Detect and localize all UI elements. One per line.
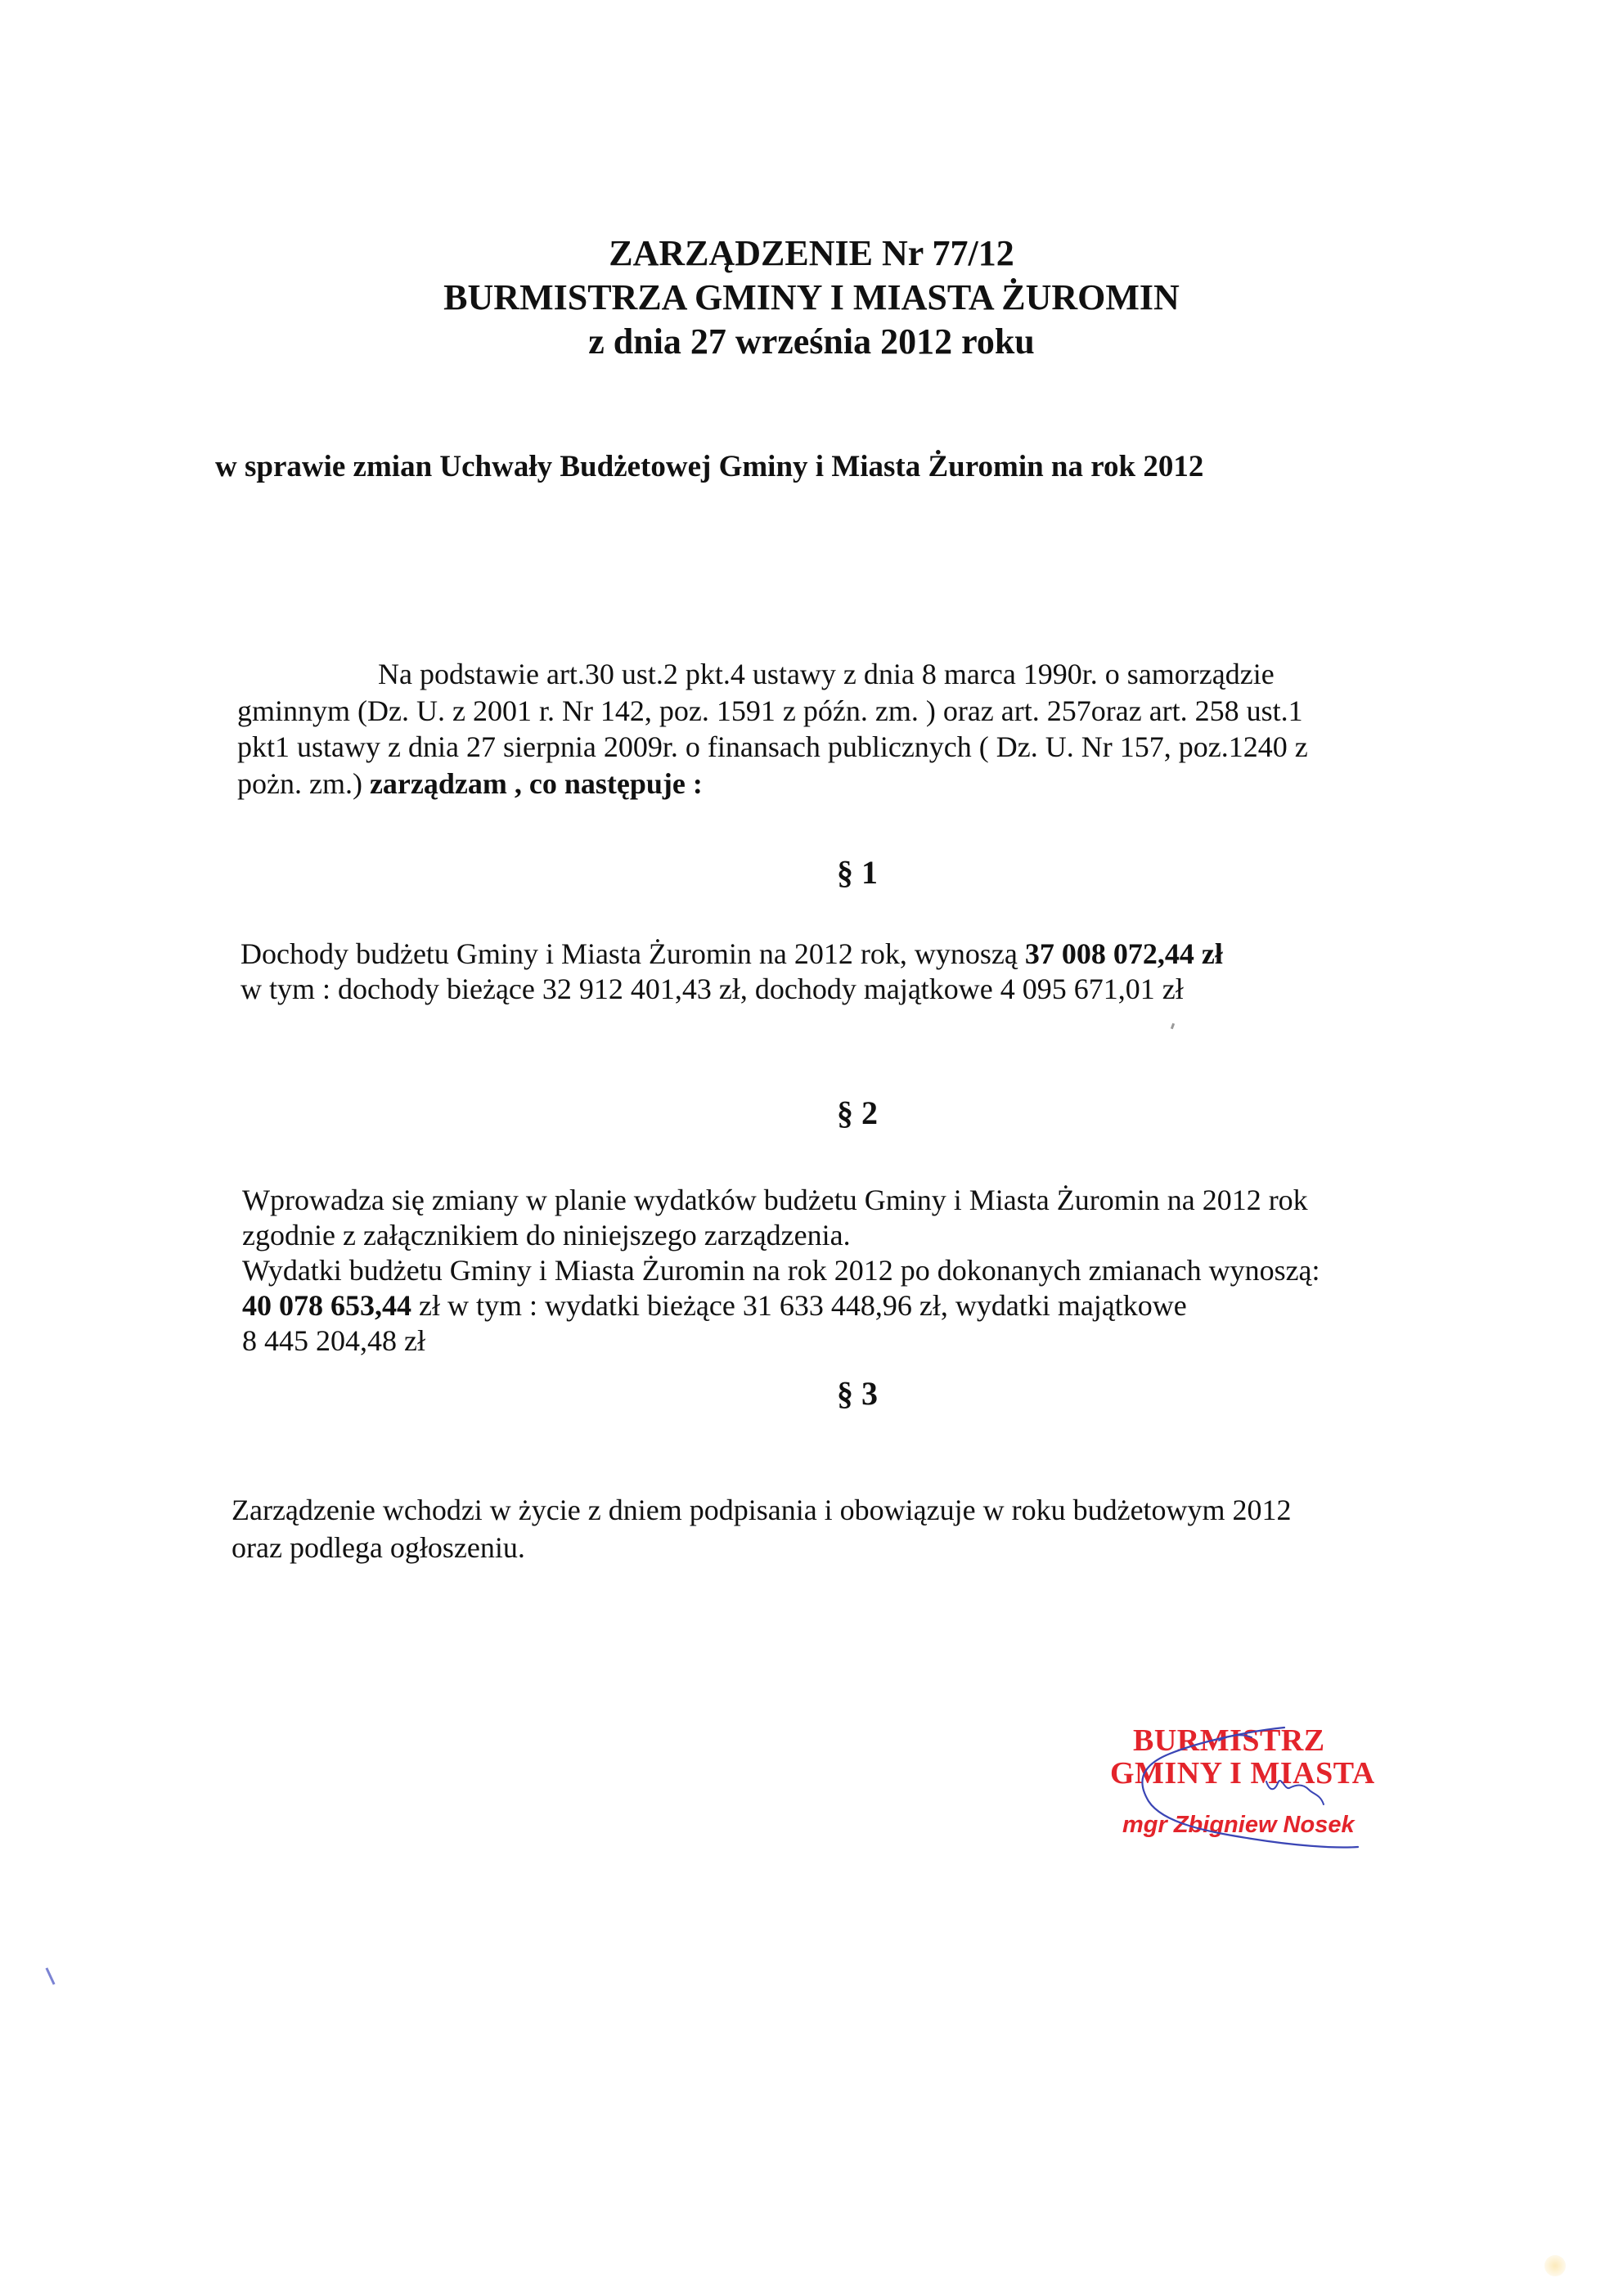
preamble-line: Na podstawie art.30 ust.2 pkt.4 ustawy z… — [237, 656, 1448, 693]
revenue-breakdown-line: w tym : dochody bieżące 32 912 401,43 zł… — [241, 972, 1223, 1007]
issuer-title: BURMISTRZA GMINY I MIASTA ŻUROMIN — [0, 276, 1623, 320]
section-2-line: Wydatki budżetu Gminy i Miasta Żuromin n… — [242, 1253, 1320, 1288]
document-subject: w sprawie zmian Uchwały Budżetowej Gminy… — [215, 448, 1203, 486]
stamp-title: BURMISTRZ — [1133, 1723, 1325, 1759]
legal-basis-paragraph: Na podstawie art.30 ust.2 pkt.4 ustawy z… — [237, 656, 1448, 802]
scan-artifact — [45, 1967, 55, 1984]
preamble-line: pkt1 ustawy z dnia 27 sierpnia 2009r. o … — [237, 729, 1448, 766]
order-number-title: ZARZĄDZENIE Nr 77/12 — [0, 231, 1623, 276]
official-stamp: BURMISTRZ GMINY I MIASTA mgr Zbigniew No… — [1088, 1710, 1415, 1865]
section-1-symbol: § 1 — [46, 853, 1623, 892]
issue-date: z dnia 27 września 2012 roku — [0, 320, 1623, 364]
section-3-body: Zarządzenie wchodzi w życie z dniem podp… — [232, 1491, 1292, 1566]
capital-expenditure-amount: 8 445 204,48 zł — [242, 1323, 1320, 1359]
expenditure-breakdown-text: zł w tym : wydatki bieżące 31 633 448,96… — [411, 1289, 1187, 1322]
expenditure-total-line: 40 078 653,44 zł w tym : wydatki bieżące… — [242, 1288, 1320, 1323]
document-page: ZARZĄDZENIE Nr 77/12 BURMISTRZA GMINY I … — [0, 0, 1623, 2296]
section-2-symbol: § 2 — [46, 1094, 1623, 1133]
section-2-line: Wprowadza się zmiany w planie wydatków b… — [242, 1183, 1320, 1218]
section-2-line: zgodnie z załącznikiem do niniejszego za… — [242, 1218, 1320, 1253]
revenue-total-amount: 37 008 072,44 zł — [1025, 937, 1223, 970]
preamble-line-text: pożn. zm.) — [237, 767, 370, 800]
revenue-text: Dochody budżetu Gminy i Miasta Żuromin n… — [241, 937, 1025, 970]
section-2-body: Wprowadza się zmiany w planie wydatków b… — [242, 1183, 1320, 1359]
scan-artifact — [1544, 2255, 1566, 2276]
revenue-total-line: Dochody budżetu Gminy i Miasta Żuromin n… — [241, 937, 1223, 972]
section-1-body: Dochody budżetu Gminy i Miasta Żuromin n… — [241, 937, 1223, 1007]
preamble-line: pożn. zm.) zarządzam , co następuje : — [237, 766, 1448, 802]
document-header: ZARZĄDZENIE Nr 77/12 BURMISTRZA GMINY I … — [0, 231, 1623, 364]
section-3-symbol: § 3 — [46, 1374, 1623, 1413]
decree-phrase: zarządzam , co następuje : — [370, 767, 703, 800]
expenditure-total-amount: 40 078 653,44 — [242, 1289, 411, 1322]
scan-artifact — [1171, 1023, 1175, 1030]
preamble-line: gminnym (Dz. U. z 2001 r. Nr 142, poz. 1… — [237, 693, 1448, 730]
stamp-subtitle: GMINY I MIASTA — [1110, 1755, 1375, 1791]
section-3-line: oraz podlega ogłoszeniu. — [232, 1529, 1292, 1566]
stamp-signatory-name: mgr Zbigniew Nosek — [1122, 1812, 1355, 1839]
section-3-line: Zarządzenie wchodzi w życie z dniem podp… — [232, 1491, 1292, 1529]
